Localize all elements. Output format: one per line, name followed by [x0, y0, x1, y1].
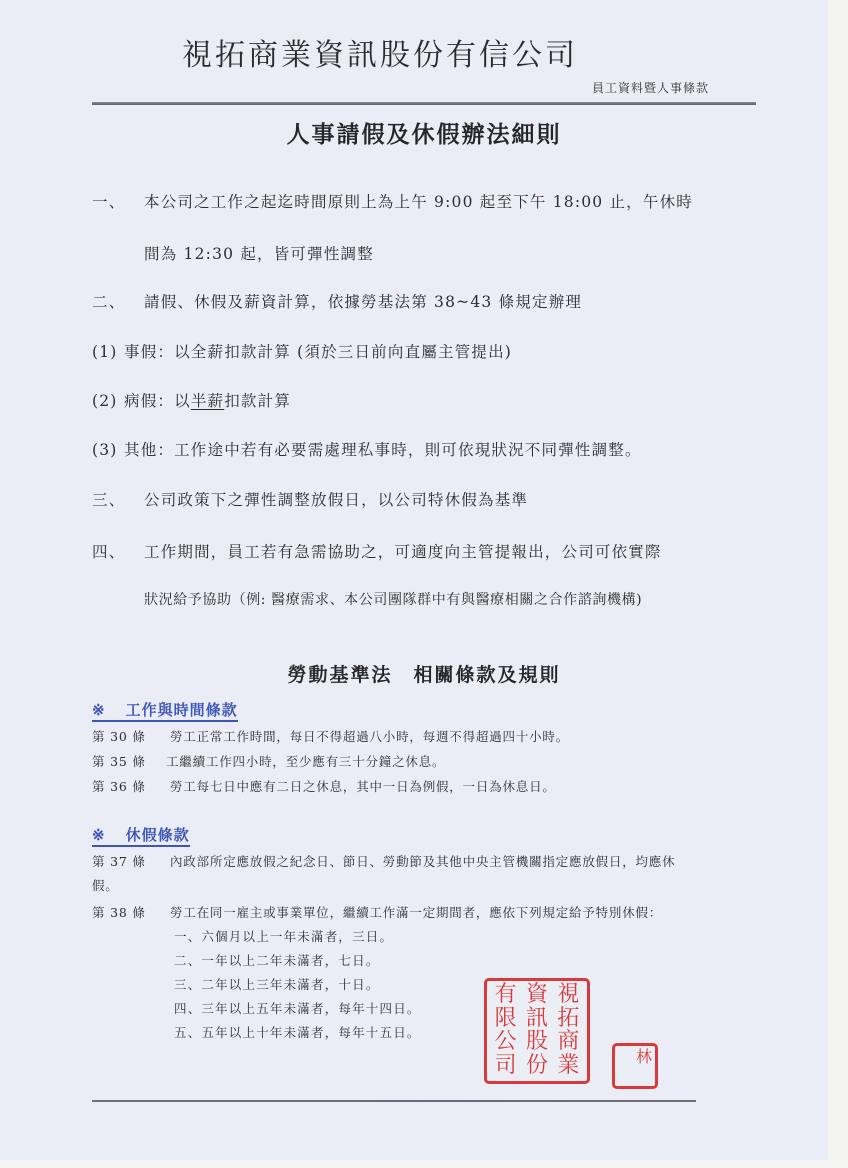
- article-38: 第 38 條勞工在同一雇主或事業單位，繼續工作滿一定期間者，應依下列規定給予特別…: [92, 903, 662, 921]
- document-page: [0, 0, 828, 1160]
- article-30: 第 30 條勞工正常工作時間，每日不得超過八小時，每週不得超過四十小時。: [92, 727, 569, 745]
- rule-4-cont: 狀況給予協助（例: 醫療需求、本公司團隊群中有與醫療相關之合作諮詢機構): [144, 589, 642, 609]
- scan-edge: [828, 0, 848, 1168]
- reference-mark-icon: ※: [92, 826, 106, 844]
- annual-leave-item: 一、六個月以上一年未滿者，三日。: [174, 927, 393, 945]
- rule-2-item-3: (3)其他：工作途中若有必要需處理私事時，則可依現狀況不同彈性調整。: [92, 438, 642, 460]
- document-category: 員工資料暨人事條款: [592, 79, 709, 96]
- rule-1: 一、本公司之工作之起迄時間原則上為上午 9:00 起至下午 18:00 止，午休…: [92, 190, 693, 212]
- annual-leave-item: 五、五年以上十年未滿者，每年十五日。: [174, 1023, 421, 1041]
- underlined-half-pay: 半薪: [191, 392, 224, 410]
- annual-leave-item: 四、三年以上五年未滿者，每年十四日。: [174, 999, 421, 1017]
- document-title: 人事請假及休假辦法細則: [0, 116, 848, 149]
- rule-number: 二、: [92, 290, 144, 312]
- header-divider: [92, 102, 756, 105]
- rule-3: 三、公司政策下之彈性調整放假日，以公司特休假為基準: [92, 488, 528, 510]
- annual-leave-item: 二、一年以上二年未滿者，七日。: [174, 951, 380, 969]
- article-35: 第 35 條工繼續工作四小時，至少應有三十分鐘之休息。: [92, 752, 445, 770]
- rule-2-item-2: (2)病假：以半薪扣款計算: [92, 389, 291, 411]
- labor-law-title: 勞動基準法 相關條款及規則: [0, 660, 848, 687]
- annual-leave-item: 三、二年以上三年未滿者，十日。: [174, 975, 380, 993]
- scan-edge-bottom: [0, 1160, 848, 1168]
- rule-1-cont: 間為 12:30 起，皆可彈性調整: [144, 242, 374, 264]
- personal-seal-stamp: 林: [612, 1043, 658, 1089]
- company-name: 視拓商業資訊股份有信公司: [182, 30, 578, 74]
- rule-number: 一、: [92, 190, 144, 212]
- article-37-cont: 假。: [92, 876, 119, 894]
- section-heading-leave: ※休假條款: [92, 824, 190, 847]
- rule-text: 本公司之工作之起迄時間原則上為上午 9:00 起至下午 18:00 止，午休時: [144, 193, 693, 211]
- rule-2-item-1: (1)事假：以全薪扣款計算 (須於三日前向直屬主管提出): [92, 340, 512, 362]
- reference-mark-icon: ※: [92, 701, 106, 719]
- rule-4: 四、工作期間，員工若有急需協助之，可適度向主管提報出，公司可依實際: [92, 540, 662, 562]
- rule-text: 請假、休假及薪資計算，依據勞基法第 38~43 條規定辦理: [144, 293, 582, 311]
- article-36: 第 36 條勞工每七日中應有二日之休息，其中一日為例假，一日為休息日。: [92, 777, 556, 795]
- company-seal-stamp: 視 拓 商 業 資 訊 股 份 有 限 公 司: [484, 978, 590, 1084]
- footer-divider: [92, 1100, 696, 1102]
- section-heading-work-hours: ※工作與時間條款: [92, 699, 238, 722]
- article-37: 第 37 條內政部所定應放假之紀念日、節日、勞動節及其他中央主管機關指定應放假日…: [92, 852, 675, 870]
- rule-2: 二、請假、休假及薪資計算，依據勞基法第 38~43 條規定辦理: [92, 290, 582, 312]
